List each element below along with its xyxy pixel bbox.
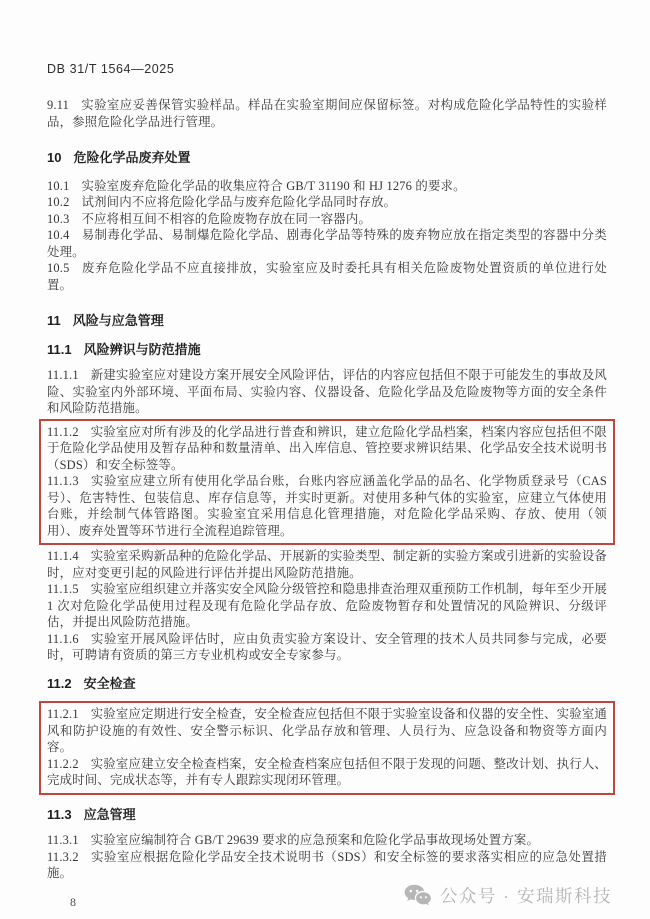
clause-number: 9.11 <box>47 98 81 112</box>
clause-text: 实验室开展风险评估时，应由负责实验方案设计、安全管理的技术人员共同参与完成，必要… <box>47 632 607 663</box>
clause-text: 实验室应组织建立并落实安全风险分级管控和隐患排查治理双重预防工作机制，每年至少开… <box>47 582 607 629</box>
clause-11-1-6: 11.1.6实验室开展风险评估时，应由负责实验方案设计、安全管理的技术人员共同参… <box>47 631 607 664</box>
clause-text: 实验室废弃危险化学品的收集应符合 GB/T 31190 和 HJ 1276 的要… <box>81 179 465 193</box>
section-title: 安全检查 <box>84 676 136 691</box>
section-11-2-heading: 11.2安全检查 <box>47 676 607 693</box>
clause-number: 11.3.2 <box>47 850 91 864</box>
clause-number: 10.5 <box>47 261 81 275</box>
clause-number: 11.1.4 <box>47 549 91 563</box>
clause-11-2-1: 11.2.1实验室应定期进行安全检查，安全检查应包括但不限于实验室设备和仪器的安… <box>47 706 607 756</box>
clause-number: 11.3.1 <box>47 833 91 847</box>
clause-number: 11.1.6 <box>47 632 91 646</box>
section-number: 11.3 <box>47 807 84 822</box>
clause-text: 不应将相互间不相容的危险废物存放在同一容器内。 <box>81 212 371 226</box>
clause-text: 废弃危险化学品不应直接排放，实验室应及时委托具有相关危险废物处置资质的单位进行处… <box>47 261 607 292</box>
clause-text: 实验室应建立所有使用化学品台账，台账内容应涵盖化学品的品名、化学物质登录号（CA… <box>47 474 607 538</box>
section-11-1-heading: 11.1风险辨识与防范措施 <box>47 342 607 359</box>
section-number: 11.1 <box>47 342 84 357</box>
clause-11-1-5: 11.1.5实验室应组织建立并落实安全风险分级管控和隐患排查治理双重预防工作机制… <box>47 581 607 631</box>
chapter-10-heading: 10危险化学品废弃处置 <box>47 150 607 167</box>
red-highlight-box-2: 11.2.1实验室应定期进行安全检查，安全检查应包括但不限于实验室设备和仪器的安… <box>39 701 615 795</box>
clause-11-1-3: 11.1.3实验室应建立所有使用化学品台账，台账内容应涵盖化学品的品名、化学物质… <box>47 473 607 539</box>
clause-number: 10.4 <box>47 228 81 242</box>
clause-text: 实验室应妥善保管实验样品。样品在实验室期间应保留标签。对构成危险化学品特性的实验… <box>47 98 607 129</box>
chapter-title: 风险与应急管理 <box>73 313 164 328</box>
clause-10-5: 10.5废弃危险化学品不应直接排放，实验室应及时委托具有相关危险废物处置资质的单… <box>47 260 607 293</box>
section-title: 风险辨识与防范措施 <box>84 342 201 357</box>
clause-10-2: 10.2试剂间内不应将危险化学品与废弃危险化学品同时存放。 <box>47 194 607 211</box>
clause-10-4: 10.4易制毒化学品、易制爆危险化学品、剧毒化学品等特殊的废弃物应放在指定类型的… <box>47 227 607 260</box>
wechat-icon <box>404 884 431 907</box>
clause-text: 易制毒化学品、易制爆危险化学品、剧毒化学品等特殊的废弃物应放在指定类型的容器中分… <box>47 228 607 259</box>
chapter-number: 11 <box>47 313 73 328</box>
watermark: 公众号 · 安瑞斯科技 <box>404 883 612 908</box>
clause-11-2-2: 11.2.2实验室应建立安全检查档案，安全检查档案应包括但不限于发现的问题、整改… <box>47 756 607 789</box>
clause-number: 11.1.1 <box>47 368 91 382</box>
clause-text: 实验室采购新品种的危险化学品、开展新的实验类型、制定新的实验方案或引进新的实验设… <box>47 549 607 580</box>
section-title: 应急管理 <box>84 807 136 822</box>
clause-9-11: 9.11实验室应妥善保管实验样品。样品在实验室期间应保留标签。对构成危险化学品特… <box>47 97 607 130</box>
clause-11-1-4: 11.1.4实验室采购新品种的危险化学品、开展新的实验类型、制定新的实验方案或引… <box>47 548 607 581</box>
clause-11-3-2: 11.3.2实验室应根据危险化学品安全技术说明书（SDS）和安全标签的要求落实相… <box>47 849 607 882</box>
clause-10-3: 10.3不应将相互间不相容的危险废物存放在同一容器内。 <box>47 211 607 228</box>
clause-number: 11.1.2 <box>47 425 91 439</box>
clause-11-1-1: 11.1.1新建实验室应对建设方案开展安全风险评估，评估的内容应包括但不限于可能… <box>47 367 607 417</box>
chapter-title: 危险化学品废弃处置 <box>73 150 190 165</box>
clause-number: 10.2 <box>47 195 81 209</box>
section-number: 11.2 <box>47 676 84 691</box>
clause-text: 新建实验室应对建设方案开展安全风险评估，评估的内容应包括但不限于可能发生的事故及… <box>47 368 607 415</box>
standard-code: DB 31/T 1564—2025 <box>47 62 607 76</box>
clause-number: 10.1 <box>47 179 81 193</box>
clause-text: 实验室应建立安全检查档案，安全检查档案应包括但不限于发现的问题、整改计划、执行人… <box>47 757 607 788</box>
section-11-3-heading: 11.3应急管理 <box>47 807 607 824</box>
document-page: DB 31/T 1564—2025 9.11实验室应妥善保管实验样品。样品在实验… <box>0 0 650 919</box>
chapter-11-heading: 11风险与应急管理 <box>47 313 607 330</box>
watermark-text: 公众号 · 安瑞斯科技 <box>440 883 612 908</box>
clause-10-1: 10.1实验室废弃危险化学品的收集应符合 GB/T 31190 和 HJ 127… <box>47 178 607 195</box>
clause-number: 11.2.2 <box>47 757 91 771</box>
red-highlight-box-1: 11.1.2实验室应对所有涉及的化学品进行普查和辨识，建立危险化学品档案，档案内… <box>39 419 615 546</box>
clause-text: 实验室应编制符合 GB/T 29639 要求的应急预案和危险化学品事故现场处置方… <box>91 833 539 847</box>
clause-11-1-2: 11.1.2实验室应对所有涉及的化学品进行普查和辨识，建立危险化学品档案，档案内… <box>47 424 607 474</box>
clause-number: 11.1.5 <box>47 582 91 596</box>
clause-11-3-1: 11.3.1实验室应编制符合 GB/T 29639 要求的应急预案和危险化学品事… <box>47 832 607 849</box>
clause-text: 实验室应对所有涉及的化学品进行普查和辨识，建立危险化学品档案，档案内容应包括但不… <box>47 425 607 472</box>
chapter-number: 10 <box>47 150 73 165</box>
clause-text: 实验室应定期进行安全检查，安全检查应包括但不限于实验室设备和仪器的安全性、实验室… <box>47 707 607 754</box>
clause-number: 11.1.3 <box>47 474 91 488</box>
clause-text: 实验室应根据危险化学品安全技术说明书（SDS）和安全标签的要求落实相应的应急处置… <box>47 850 607 881</box>
clause-text: 试剂间内不应将危险化学品与废弃危险化学品同时存放。 <box>81 195 396 209</box>
clause-number: 11.2.1 <box>47 707 91 721</box>
clause-number: 10.3 <box>47 212 81 226</box>
